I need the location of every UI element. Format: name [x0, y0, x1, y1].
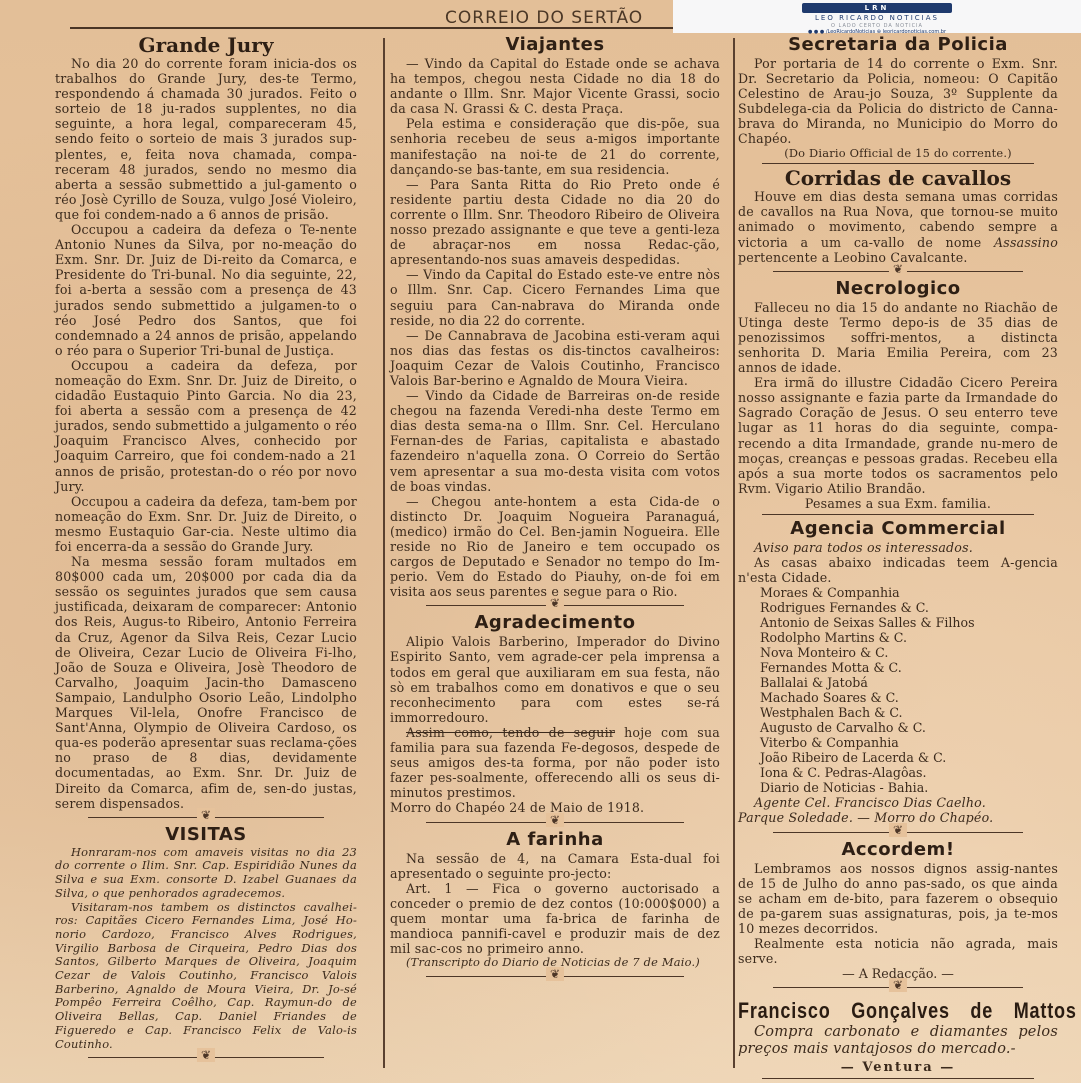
article-paragraph: — Vindo da Cidade de Barreiras on-de res… — [390, 388, 720, 494]
article-title: Agradecimento — [390, 612, 720, 634]
list-item: João Ribeiro de Lacerda & C. — [760, 750, 1058, 765]
article-visitas: VISITAS Honraram-nos com amaveis visitas… — [55, 824, 357, 1052]
list-item: Moraes & Companhia — [760, 585, 1058, 600]
article-paragraph: Na sessão de 4, na Camara Esta-dual foi … — [390, 851, 720, 881]
struck-text: Assim como, tendo de seguir — [406, 725, 615, 740]
article-source: (Do Diario Official de 15 do corrente.) — [738, 147, 1058, 161]
article-paragraph: Lembramos aos nossos dignos assig-nantes… — [738, 861, 1058, 936]
ornament-divider — [426, 818, 683, 827]
condolences: Pesames a sua Exm. familia. — [738, 496, 1058, 511]
newspaper-masthead: CORREIO DO SERTÃO — [445, 8, 643, 28]
list-item: Viterbo & Companhia — [760, 735, 1058, 750]
column-right: Secretaria da Policia Por portaria de 14… — [738, 34, 1058, 1082]
advert-name: Francisco Gonçalves de Mattos — [738, 998, 1000, 1024]
advert-place: — Ventura — — [738, 1060, 1058, 1075]
article-paragraph: Art. 1 — Fica o governo auctorisado a co… — [390, 881, 720, 956]
article-paragraph: — Chegou ante-hontem a esta Cida-de o di… — [390, 494, 720, 600]
article-accordem: Accordem! Lembramos aos nossos dignos as… — [738, 839, 1058, 982]
column-divider — [733, 38, 735, 1068]
article-paragraph: Por portaria de 14 do corrente o Exm. Sn… — [738, 56, 1058, 147]
ornament-divider — [773, 983, 1023, 992]
list-item: Rodolpho Martins & C. — [760, 630, 1058, 645]
rule-divider — [762, 514, 1034, 515]
list-item: Iona & C. Pedras-Alagôas. — [760, 765, 1058, 780]
article-paragraph: — Para Santa Ritta do Rio Preto onde é r… — [390, 177, 720, 268]
article-secretaria-policia: Secretaria da Policia Por portaria de 14… — [738, 34, 1058, 160]
ornament-divider — [426, 601, 683, 610]
ornament-divider — [88, 813, 324, 822]
list-item: Machado Soares & C. — [760, 690, 1058, 705]
horse-name: Assassino — [994, 235, 1058, 250]
article-paragraph: Pela estima e consideração que dis-põe, … — [390, 116, 720, 176]
article-paragraph: Occupou a cadeira da defeza o Te-nente A… — [55, 222, 357, 358]
column-divider — [383, 38, 385, 1068]
banner-site-name: LEO RICARDO NOTICIAS — [815, 14, 939, 23]
list-item: Augusto de Carvalho & C. — [760, 720, 1058, 735]
article-title: Secretaria da Policia — [738, 34, 1058, 56]
article-title: Corridas de cavallos — [738, 167, 1058, 189]
notice: Aviso para todos os interessados. — [738, 540, 1058, 555]
article-grande-jury: Grande Jury No dia 20 do corrente foram … — [55, 34, 357, 811]
article-paragraph: — De Cannabrava de Jacobina esti-veram a… — [390, 328, 720, 388]
ornament-divider — [773, 828, 1023, 837]
article-title: Grande Jury — [55, 34, 357, 56]
article-paragraph: Visitaram-nos tambem os distinctos caval… — [55, 901, 357, 1052]
article-paragraph: Falleceu no dia 15 do andante no Riachão… — [738, 300, 1058, 375]
rule-divider — [762, 163, 1034, 164]
article-title: Accordem! — [738, 839, 1058, 861]
article-a-farinha: A farinha Na sessão de 4, na Camara Esta… — [390, 829, 720, 970]
advert-text: Compra carbonato e diamantes pelos preço… — [738, 1024, 1058, 1058]
column-middle: Viajantes — Vindo da Capital do Estade o… — [390, 34, 720, 983]
article-title: A farinha — [390, 829, 720, 851]
article-paragraph: Alipio Valois Barberino, Imperador do Di… — [390, 634, 720, 725]
ornament-divider — [426, 972, 683, 981]
agency-list: Moraes & Companhia Rodrigues Fernandes &… — [738, 585, 1058, 795]
lrn-logo-icon: LRN — [802, 3, 952, 13]
article-paragraph: Houve em dias desta semana umas corridas… — [738, 189, 1058, 264]
article-paragraph: As casas abaixo indicadas teem A-gencia … — [738, 555, 1058, 585]
ornament-divider — [773, 267, 1023, 276]
article-title: Agencia Commercial — [738, 518, 1058, 540]
column-left: Grande Jury No dia 20 do corrente foram … — [55, 34, 357, 1064]
article-paragraph: — Vindo da Capital do Estado este-ve ent… — [390, 267, 720, 327]
article-title: Viajantes — [390, 34, 720, 56]
article-title: Necrologico — [738, 278, 1058, 300]
ornament-divider — [88, 1053, 324, 1062]
article-paragraph: Era irmã do illustre Cidadão Cicero Pere… — [738, 375, 1058, 496]
agent-line: Agente Cel. Francisco Dias Caelho. — [738, 795, 1058, 810]
rule-divider — [762, 1078, 1034, 1079]
article-viajantes: Viajantes — Vindo da Capital do Estade o… — [390, 34, 720, 599]
article-paragraph: Realmente esta noticia não agrada, mais … — [738, 936, 1058, 966]
text-segment: pertencente a Leobino Cavalcante. — [738, 250, 968, 265]
article-necrologico: Necrologico Falleceu no dia 15 do andant… — [738, 278, 1058, 511]
list-item: Diario de Noticias - Bahia. — [760, 780, 1058, 795]
list-item: Westphalen Bach & C. — [760, 705, 1058, 720]
article-paragraph: Assim como, tendo de seguir hoje com sua… — [390, 725, 720, 800]
article-paragraph: — Vindo da Capital do Estade onde se ach… — [390, 56, 720, 116]
article-paragraph: Na mesma sessão foram multados em 80$000… — [55, 554, 357, 811]
list-item: Rodrigues Fernandes & C. — [760, 600, 1058, 615]
list-item: Fernandes Motta & C. — [760, 660, 1058, 675]
watermark-banner[interactable]: LRN LEO RICARDO NOTICIAS O LADO CERTO DA… — [673, 0, 1081, 33]
article-paragraph: Honraram-nos com amaveis visitas no dia … — [55, 846, 357, 901]
list-item: Nova Monteiro & C. — [760, 645, 1058, 660]
article-corridas: Corridas de cavallos Houve em dias desta… — [738, 167, 1058, 264]
article-paragraph: Occupou a cadeira da defeza, tam-bem por… — [55, 494, 357, 554]
article-paragraph: No dia 20 do corrente foram inicia-dos o… — [55, 56, 357, 222]
article-agradecimento: Agradecimento Alipio Valois Barberino, I… — [390, 612, 720, 815]
article-paragraph: Occupou a cadeira da defeza, por nomeaçã… — [55, 358, 357, 494]
list-item: Antonio de Seixas Salles & Filhos — [760, 615, 1058, 630]
advertisement: Francisco Gonçalves de Mattos Compra car… — [738, 998, 1058, 1079]
article-agencia-commercial: Agencia Commercial Aviso para todos os i… — [738, 518, 1058, 825]
list-item: Ballalai & Jatobá — [760, 675, 1058, 690]
article-title: VISITAS — [55, 824, 357, 846]
